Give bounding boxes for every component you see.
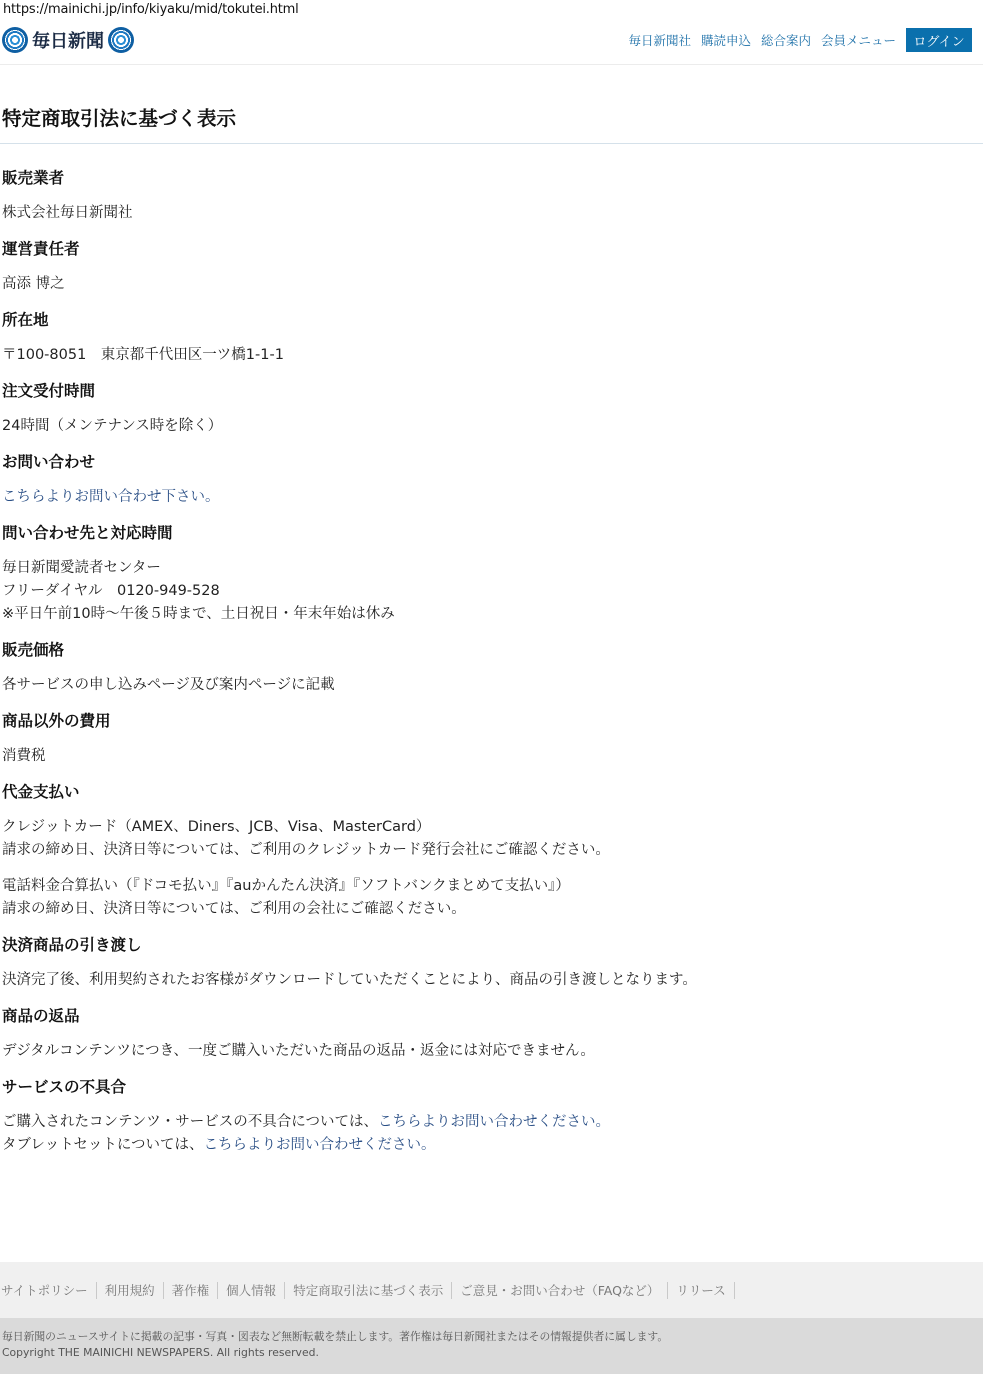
section-heading: 販売価格 [2, 636, 962, 664]
section-text: 各サービスの申し込みページ及び案内ページに記載 [2, 674, 962, 697]
section-contact-hours: 問い合わせ先と対応時間 毎日新聞愛読者センター フリーダイヤル 0120-949… [2, 519, 962, 626]
phone-number: フリーダイヤル 0120-949-528 [2, 580, 962, 603]
mainichi-logo-icon [2, 27, 28, 53]
section-text: タブレットセットについては、 [2, 1137, 204, 1153]
logo-text: 毎日新聞 [32, 27, 104, 53]
section-delivery: 決済商品の引き渡し 決済完了後、利用契約されたお客様がダウンロードしていただくこ… [2, 931, 962, 992]
page-title: 特定商取引法に基づく表示 [2, 104, 983, 134]
section-text: 電話料金合算払い（『ドコモ払い』『auかんたん決済』『ソフトバンクまとめて支払い… [2, 875, 962, 898]
section-text: 請求の締め日、決済日等については、ご利用の会社にご確認ください。 [2, 898, 962, 921]
section-text: 請求の締め日、決済日等については、ご利用のクレジットカード発行会社にご確認くださ… [2, 839, 962, 862]
section-seller: 販売業者 株式会社毎日新聞社 [2, 164, 962, 225]
section-text: 高添 博之 [2, 273, 962, 296]
footer-link-privacy[interactable]: 個人情報 [218, 1282, 285, 1299]
section-heading: 問い合わせ先と対応時間 [2, 519, 962, 547]
url-bar[interactable]: https://mainichi.jp/info/kiyaku/mid/toku… [3, 2, 299, 17]
tablet-contact-link[interactable]: こちらよりお問い合わせください。 [204, 1137, 436, 1153]
footer-link-copyright[interactable]: 著作権 [164, 1282, 219, 1299]
logo[interactable]: 毎日新聞 [2, 27, 134, 53]
section-text: 〒100-8051 東京都千代田区一ツ橋1-1-1 [2, 344, 962, 367]
section-text: 消費税 [2, 745, 962, 768]
section-text: 毎日新聞愛読者センター [2, 557, 962, 580]
section-heading: サービスの不具合 [2, 1073, 962, 1101]
section-heading: お問い合わせ [2, 448, 962, 476]
section-price: 販売価格 各サービスの申し込みページ及び案内ページに記載 [2, 636, 962, 697]
footer-link-terms[interactable]: 利用規約 [97, 1282, 164, 1299]
section-heading: 所在地 [2, 306, 962, 334]
copyright-text: Copyright THE MAINICHI NEWSPAPERS. All r… [2, 1345, 983, 1361]
footer-links: サイトポリシー 利用規約 著作権 個人情報 特定商取引法に基づく表示 ご意見・お… [0, 1262, 983, 1318]
login-button[interactable]: ログイン [906, 28, 972, 52]
nav-mainichi-company[interactable]: 毎日新聞社 [628, 31, 691, 49]
section-heading: 商品以外の費用 [2, 707, 962, 735]
section-text: 決済完了後、利用契約されたお客様がダウンロードしていただくことにより、商品の引き… [2, 969, 962, 992]
section-text: クレジットカード（AMEX、Diners、JCB、Visa、MasterCard… [2, 816, 962, 839]
footer-link-feedback[interactable]: ご意見・お問い合わせ（FAQなど） [452, 1282, 668, 1299]
section-contact: お問い合わせ こちらよりお問い合わせ下さい。 [2, 448, 962, 509]
main-content: 特定商取引法に基づく表示 販売業者 株式会社毎日新聞社 運営責任者 高添 博之 … [2, 104, 983, 134]
footer-notice: 毎日新聞のニュースサイトに掲載の記事・写真・図表など無断転載を禁止します。著作権… [2, 1329, 983, 1345]
section-heading: 代金支払い [2, 778, 962, 806]
section-text: 株式会社毎日新聞社 [2, 202, 962, 225]
footer-link-tokutei[interactable]: 特定商取引法に基づく表示 [285, 1282, 452, 1299]
title-divider [0, 143, 983, 144]
service-issue-contact-link[interactable]: こちらよりお問い合わせください。 [378, 1114, 610, 1130]
section-text: 24時間（メンテナンス時を除く） [2, 415, 962, 438]
nav-member-menu[interactable]: 会員メニュー [821, 31, 896, 49]
section-text: ご購入されたコンテンツ・サービスの不具合については、 [2, 1114, 378, 1130]
section-service-issues: サービスの不具合 ご購入されたコンテンツ・サービスの不具合については、こちらより… [2, 1073, 962, 1157]
section-text: デジタルコンテンツにつき、一度ご購入いただいた商品の返品・返金には対応できません… [2, 1040, 962, 1063]
footer-copyright: 毎日新聞のニュースサイトに掲載の記事・写真・図表など無断転載を禁止します。著作権… [0, 1318, 983, 1374]
section-returns: 商品の返品 デジタルコンテンツにつき、一度ご購入いただいた商品の返品・返金には対… [2, 1002, 962, 1063]
section-heading: 運営責任者 [2, 235, 962, 263]
section-text: ※平日午前10時～午後５時まで、土日祝日・年末年始は休み [2, 603, 962, 626]
footer-link-release[interactable]: リリース [668, 1282, 734, 1299]
section-heading: 商品の返品 [2, 1002, 962, 1030]
site-header: 毎日新聞 毎日新聞社 購読申込 総合案内 会員メニュー ログイン [0, 20, 983, 65]
contact-link[interactable]: こちらよりお問い合わせ下さい。 [2, 489, 220, 505]
nav-subscribe[interactable]: 購読申込 [701, 31, 751, 49]
section-heading: 決済商品の引き渡し [2, 931, 962, 959]
sections: 販売業者 株式会社毎日新聞社 運営責任者 高添 博之 所在地 〒100-8051… [2, 164, 962, 1167]
section-heading: 注文受付時間 [2, 377, 962, 405]
section-manager: 運営責任者 高添 博之 [2, 235, 962, 296]
header-nav: 毎日新聞社 購読申込 総合案内 会員メニュー ログイン [618, 28, 972, 52]
mainichi-logo-icon [108, 27, 134, 53]
footer-link-site-policy[interactable]: サイトポリシー [1, 1282, 97, 1299]
nav-guide[interactable]: 総合案内 [761, 31, 811, 49]
section-heading: 販売業者 [2, 164, 962, 192]
section-payment: 代金支払い クレジットカード（AMEX、Diners、JCB、Visa、Mast… [2, 778, 962, 921]
section-order-hours: 注文受付時間 24時間（メンテナンス時を除く） [2, 377, 962, 438]
section-address: 所在地 〒100-8051 東京都千代田区一ツ橋1-1-1 [2, 306, 962, 367]
section-other-costs: 商品以外の費用 消費税 [2, 707, 962, 768]
